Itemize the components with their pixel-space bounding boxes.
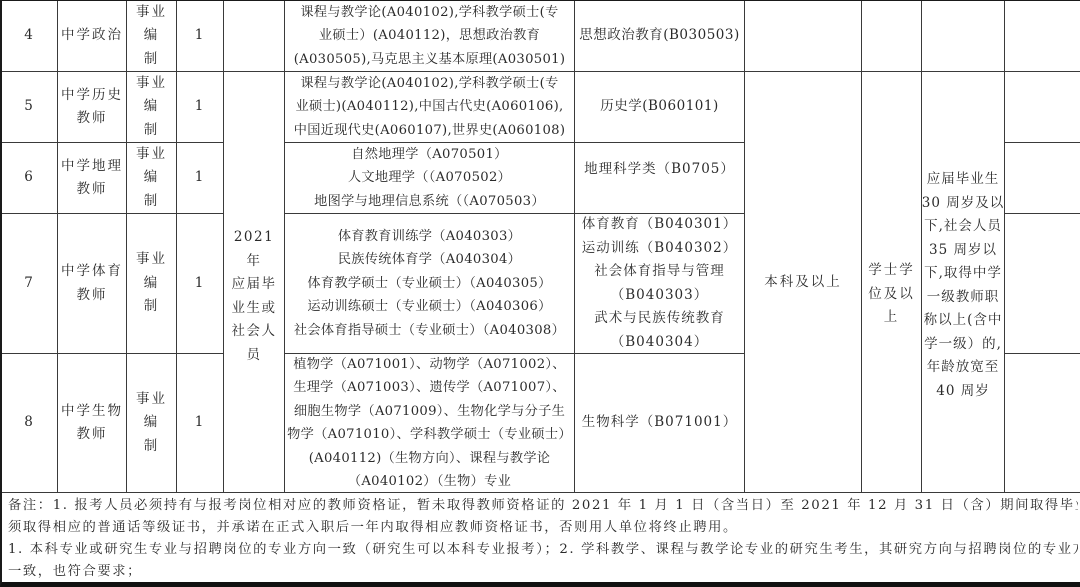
row-4-count: 1 <box>177 1 224 72</box>
row-6-remarks <box>1005 143 1080 214</box>
row-7-no: 7 <box>2 214 58 354</box>
recruitment-table-document: 4 中学政治 事业编 制 1 课程与教学论(A040102),学科教学硕士(专 … <box>0 0 1080 587</box>
row-4-education <box>745 1 862 72</box>
row-6-position: 中学地理 教师 <box>58 143 127 214</box>
merged-degree: 学士学 位及以 上 <box>862 72 922 493</box>
row-7-staffing: 事业编 制 <box>127 214 177 354</box>
row-4-grad-majors: 课程与教学论(A040102),学科教学硕士(专 业硕士）(A040112)，思… <box>285 1 575 72</box>
row-6-no: 6 <box>2 143 58 214</box>
merged-education: 本科及以上 <box>745 72 862 493</box>
row-4-degree <box>862 1 922 72</box>
row-4-position: 中学政治 <box>58 1 127 72</box>
row-8-grad-majors: 植物学（A071001）、动物学（A071002）、 生理学（A071003）、… <box>285 354 575 493</box>
row-7-grad-majors: 体育教育训练学（A040303） 民族传统体育学（A040304） 体育教学硕士… <box>285 214 575 354</box>
row-5-remarks <box>1005 72 1080 143</box>
row-4-target-group <box>224 1 285 72</box>
row-4-no: 4 <box>2 1 58 72</box>
row-8-position: 中学生物 教师 <box>58 354 127 493</box>
merged-age-requirement: 应届毕业生 30 周岁及以 下,社会人员 35 周岁以 下,取得中学 一级教师职… <box>922 72 1005 493</box>
row-6-staffing: 事业编 制 <box>127 143 177 214</box>
row-8-staffing: 事业编 制 <box>127 354 177 493</box>
row-7-remarks <box>1005 214 1080 354</box>
note-line-1: 备注：1. 报考人员必须持有与报考岗位相对应的教师资格证，暂未取得教师资格证的 … <box>8 495 1078 517</box>
row-4-undergrad-majors: 思想政治教育(B030503) <box>575 1 745 72</box>
row-8-remarks <box>1005 354 1080 493</box>
row-5-no: 5 <box>2 72 58 143</box>
row-7-position: 中学体育 教师 <box>58 214 127 354</box>
row-5-grad-majors: 课程与教学论(A040102),学科教学硕士(专 业硕士)(A040112),中… <box>285 72 575 143</box>
note-line-3: 1. 本科专业或研究生专业与招聘岗位的专业方向一致（研究生可以本科专业报考）；2… <box>8 539 1078 561</box>
row-5-undergrad-majors: 历史学(B060101) <box>575 72 745 143</box>
note-line-4: 一致，也符合要求； <box>8 561 1078 583</box>
row-5-position: 中学历史 教师 <box>58 72 127 143</box>
row-4-remarks <box>1005 1 1080 72</box>
row-6-undergrad-majors: 地理科学类（B0705） <box>575 143 745 214</box>
row-5-count: 1 <box>177 72 224 143</box>
row-6-grad-majors: 自然地理学（A070501） 人文地理学（（A070502） 地图学与地理信息系… <box>285 143 575 214</box>
row-8-no: 8 <box>2 354 58 493</box>
row-7-undergrad-majors: 体育教育（B040301） 运动训练（B040302） 社会体育指导与管理 （B… <box>575 214 745 354</box>
row-8-undergrad-majors: 生物科学（B071001） <box>575 354 745 493</box>
row-7-count: 1 <box>177 214 224 354</box>
note-line-2: 须取得相应的普通话等级证书，并承诺在正式入职后一年内取得相应教师资格证书，否则用… <box>8 517 1078 539</box>
merged-target-group: 2021 年 应届毕 业生或 社会人 员 <box>224 72 285 493</box>
notes-section: 备注：1. 报考人员必须持有与报考岗位相对应的教师资格证，暂未取得教师资格证的 … <box>4 493 1080 583</box>
row-4-staffing: 事业编 制 <box>127 1 177 72</box>
row-8-count: 1 <box>177 354 224 493</box>
row-4-age <box>922 1 1005 72</box>
row-6-count: 1 <box>177 143 224 214</box>
row-5-staffing: 事业编 制 <box>127 72 177 143</box>
